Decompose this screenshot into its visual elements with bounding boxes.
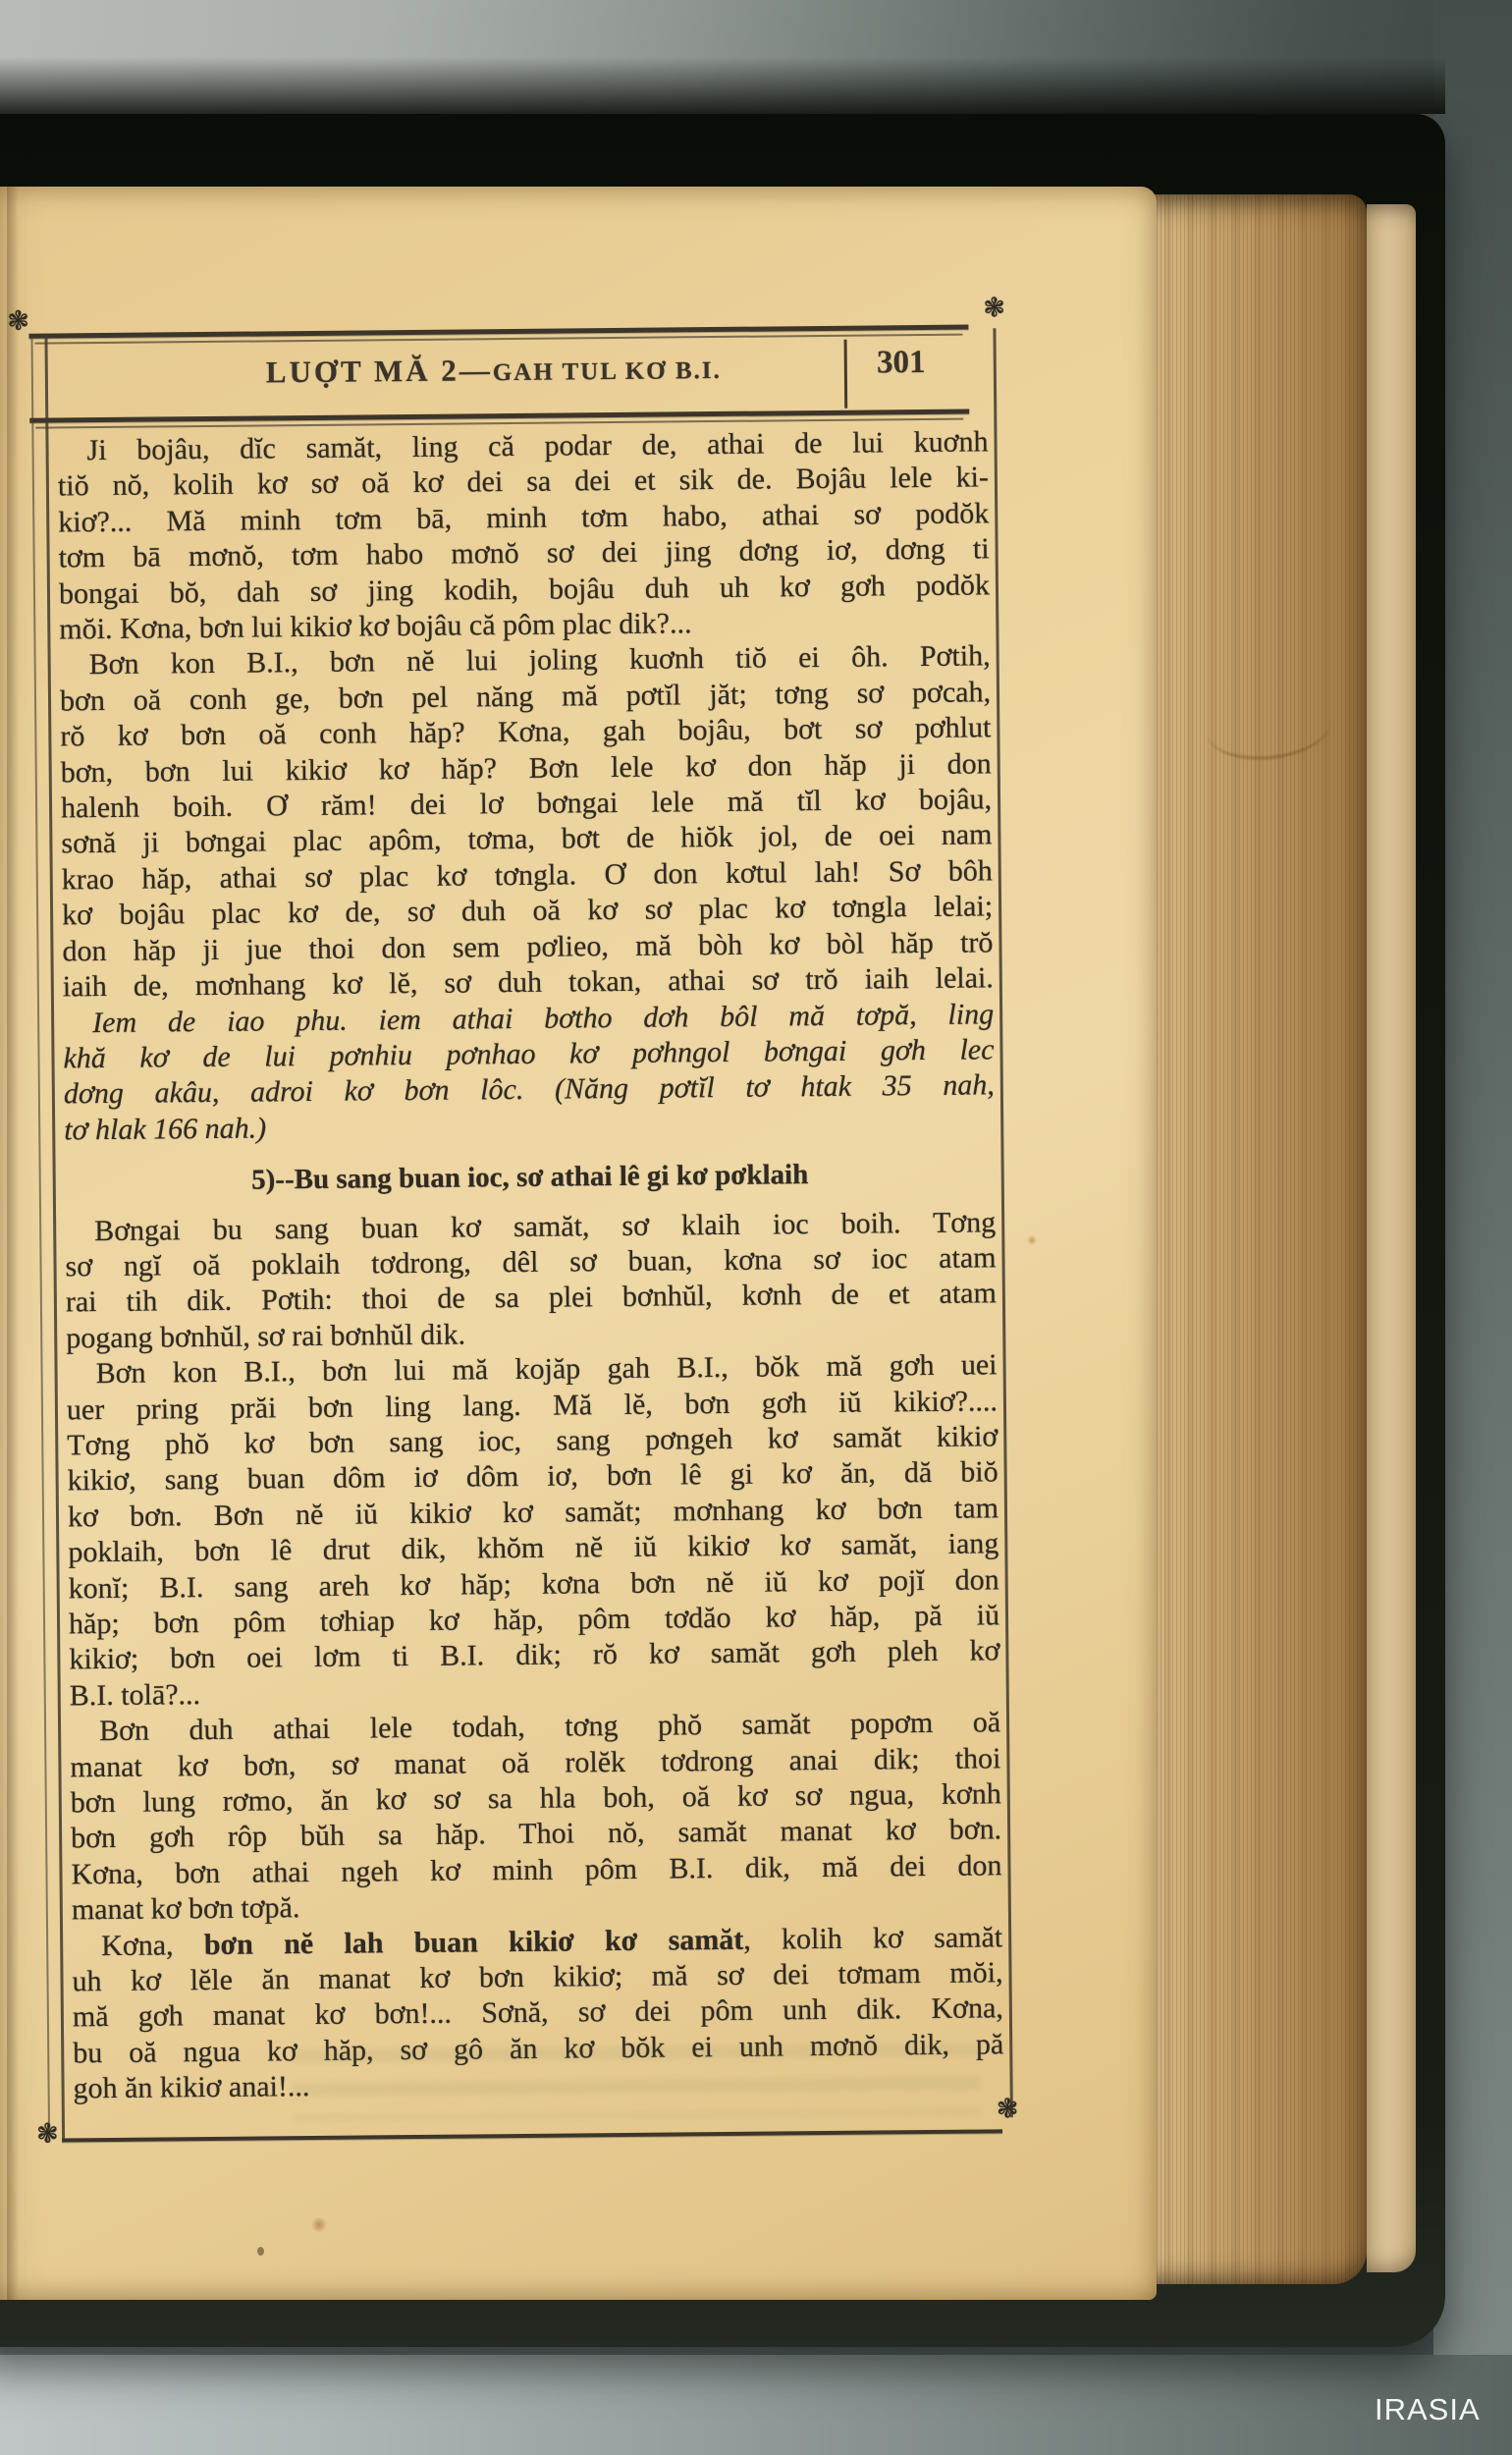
text-segment: dơng akâu, adroi kơ bơn lôc. (Năng pơtĭl… (64, 1069, 995, 1111)
text-segment: sơnă ji bơngai plac apôm, tơma, bơt de h… (61, 819, 992, 860)
printer-flower-icon: ❃ (7, 306, 29, 337)
page-fore-edge (1149, 194, 1367, 2284)
text-segment: uer pring prăi bơn ling lang. Mă lĕ, bơn… (67, 1385, 998, 1426)
printer-flower-icon: ❃ (997, 2094, 1019, 2124)
text-segment: Iem de iao phu. iem athai bơtho dơh bôl … (92, 998, 994, 1039)
text-segment: Bơn kon B.I., bơn nĕ lui joling kuơnh ti… (89, 640, 991, 682)
scanner-bed-bottom (0, 2355, 1512, 2455)
paragraph: Ji bojâu, dĭc samăt, ling că podar de, a… (57, 424, 990, 648)
text-segment: tơm bā mơnŏ, tơm habo mơnŏ sơ dei jing d… (58, 533, 989, 574)
section-heading: 5)--Bu sang buan ioc, sơ athai lê gi kơ … (65, 1155, 996, 1200)
text-segment: tiŏ nŏ, kolih kơ sơ oă kơ dei sa dei et … (58, 462, 989, 503)
scanner-bed-right (1433, 0, 1512, 2455)
text-segment: Kơna, (101, 1929, 204, 1962)
book-page: ❃ ❃ LUỢT MĂ 2—GAH TUL KƠ B.I. 301 Ji boj… (0, 187, 1157, 2300)
showthrough-ghost (293, 2044, 981, 2121)
body-text: Ji bojâu, dĭc samăt, ling că podar de, a… (57, 424, 1003, 2107)
running-header: LUỢT MĂ 2—GAH TUL KƠ B.I. (96, 343, 891, 398)
bold-text-segment: bơn nĕ lah buan kikiơ kơ samăt (204, 1923, 744, 1960)
paragraph: Bơngai bu sang buan kơ samăt, sơ klaih i… (65, 1205, 997, 1357)
text-segment: , kolih kơ samăt (743, 1921, 1002, 1956)
fore-edge-stain (1203, 686, 1334, 765)
printer-flower-icon: ❃ (983, 293, 1005, 323)
text-segment: Bơn kon B.I., bơn lui mă kojăp gah B.I.,… (95, 1348, 997, 1390)
text-segment: pogang bơnhŭl, sơ rai bơnhŭl dik. (66, 1318, 465, 1354)
scanned-book-photo: ❃ ❃ LUỢT MĂ 2—GAH TUL KƠ B.I. 301 Ji boj… (0, 0, 1512, 2455)
paragraph: Bơn kon B.I., bơn nĕ lui joling kuơnh ti… (60, 639, 994, 1006)
page-content: ❃ ❃ LUỢT MĂ 2—GAH TUL KƠ B.I. 301 Ji boj… (0, 176, 1177, 2300)
page-edge-outer (1367, 204, 1416, 2272)
text-segment: Ji bojâu, dĭc samăt, ling că podar de, a… (86, 425, 988, 466)
text-segment: Bơn duh athai lele todah, tơng phŏ samăt… (99, 1707, 1000, 1748)
text-segment: manat kơ bơn tơpă. (72, 1891, 300, 1926)
text-segment: kơ bojâu plac kơ de, sơ duh oă kơ sơ pla… (62, 891, 993, 932)
printer-flower-icon: ❃ (36, 2119, 59, 2150)
text-segment: Kơna, bơn athai ngeh kơ minh pôm B.I. di… (71, 1849, 1001, 1890)
text-segment: rŏ kơ bơn oă conh hăp? Kơna, gah bojâu, … (60, 712, 991, 753)
paragraph: Bơn duh athai lele todah, tơng phŏ samăt… (70, 1706, 1002, 1930)
footer-rule (62, 2129, 1002, 2142)
watermark: IRASIA (1375, 2392, 1481, 2428)
text-segment: bơn gơh rôp bŭh sa hăp. Thoi nŏ, samăt m… (71, 1814, 1001, 1855)
page-number: 301 (854, 345, 948, 382)
paragraph: Bơn kon B.I., bơn lui mă kojăp gah B.I.,… (66, 1347, 999, 1714)
text-segment: Bơngai bu sang buan kơ samăt, sơ klaih i… (94, 1206, 996, 1247)
text-segment: mă gơh manat kơ bơn!... Sơnă, sơ dei pôm… (73, 1992, 1003, 2034)
paragraph: Iem de iao phu. iem athai bơtho dơh bôl … (63, 997, 995, 1149)
text-segment: iaih de, mơnhang kơ lĕ, sơ duh tokan, at… (63, 961, 994, 1003)
text-segment: tơ hlak 166 nah.) (64, 1112, 266, 1146)
text-segment: 5)--Bu sang buan ioc, sơ athai lê gi kơ … (251, 1159, 808, 1195)
running-header-subtitle: GAH TUL KƠ B.I. (493, 357, 722, 386)
text-line: 5)--Bu sang buan ioc, sơ athai lê gi kơ … (65, 1155, 996, 1200)
text-segment: poklaih, bơn lê drut dik, khŏm nĕ iŭ kik… (68, 1527, 999, 1568)
text-segment: kikiơ; bơn oei lơm ti B.I. dik; rŏ kơ sa… (69, 1635, 999, 1676)
text-segment: kikiơ, sang buan dôm iơ dôm iơ, bơn lê g… (67, 1456, 998, 1498)
page-stain (310, 2217, 328, 2232)
text-segment: bongai bŏ, dah sơ jing kodih, bojâu duh … (59, 569, 990, 610)
text-segment: rai tih dik. Pơtih: thoi de sa plei bơnh… (66, 1278, 997, 1319)
page-speck (1026, 1235, 1038, 1245)
text-segment: B.I. tolā?... (70, 1678, 201, 1712)
header-divider (844, 340, 848, 409)
text-segment: goh ăn kikiơ anai!... (73, 2070, 309, 2104)
text-segment: mŏi. Kơna, bơn lui kikiơ kơ bojâu că pôm… (59, 607, 691, 645)
page-speck (257, 2247, 264, 2256)
running-header-title: LUỢT MĂ 2— (266, 353, 493, 389)
